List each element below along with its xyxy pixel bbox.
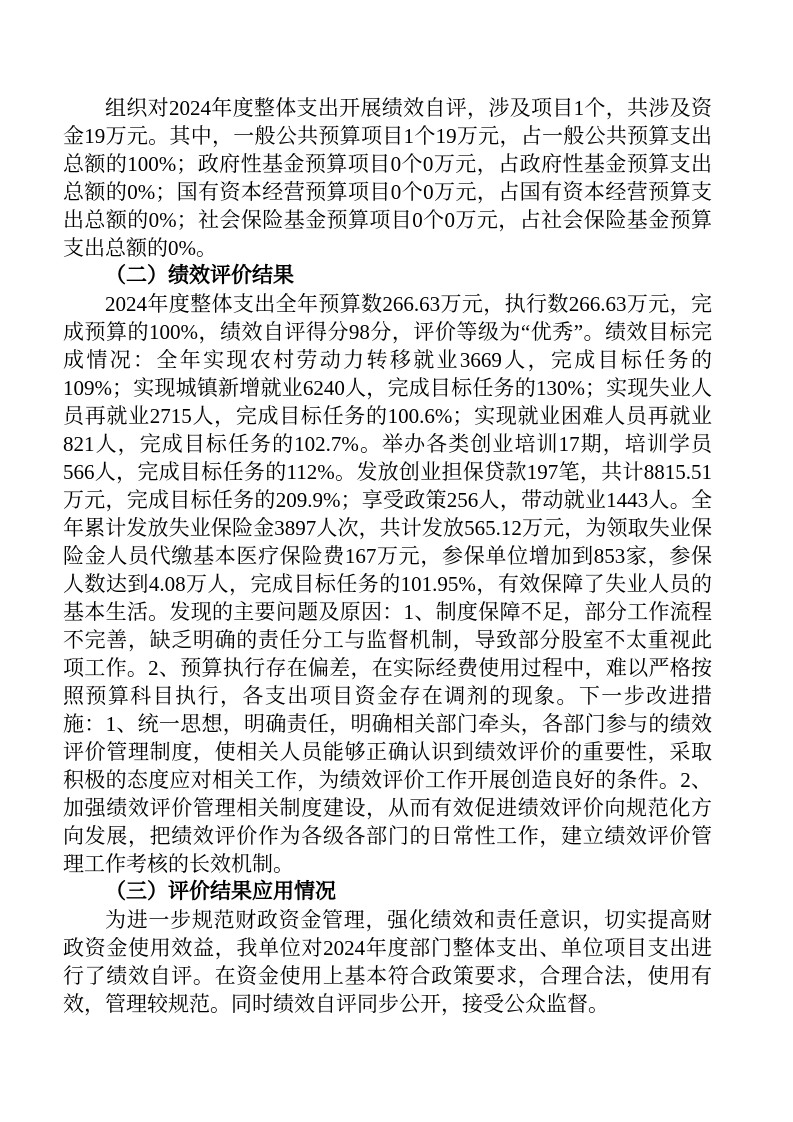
paragraph-performance-evaluation-results: 2024年度整体支出全年预算数266.63万元，执行数266.63万元，完成预算… [63, 290, 712, 878]
paragraph-self-evaluation-overview: 组织对2024年度整体支出开展绩效自评，涉及项目1个，共涉及资金19万元。其中，… [63, 94, 712, 262]
paragraph-evaluation-results-application: 为进一步规范财政资金管理，强化绩效和责任意识，切实提高财政资金使用效益，我单位对… [63, 906, 712, 1018]
document-page: 组织对2024年度整体支出开展绩效自评，涉及项目1个，共涉及资金19万元。其中，… [0, 0, 793, 1122]
heading-evaluation-results-application: （三）评价结果应用情况 [63, 878, 712, 906]
document-content: 组织对2024年度整体支出开展绩效自评，涉及项目1个，共涉及资金19万元。其中，… [63, 94, 712, 1018]
heading-performance-evaluation-results: （二）绩效评价结果 [63, 262, 712, 290]
